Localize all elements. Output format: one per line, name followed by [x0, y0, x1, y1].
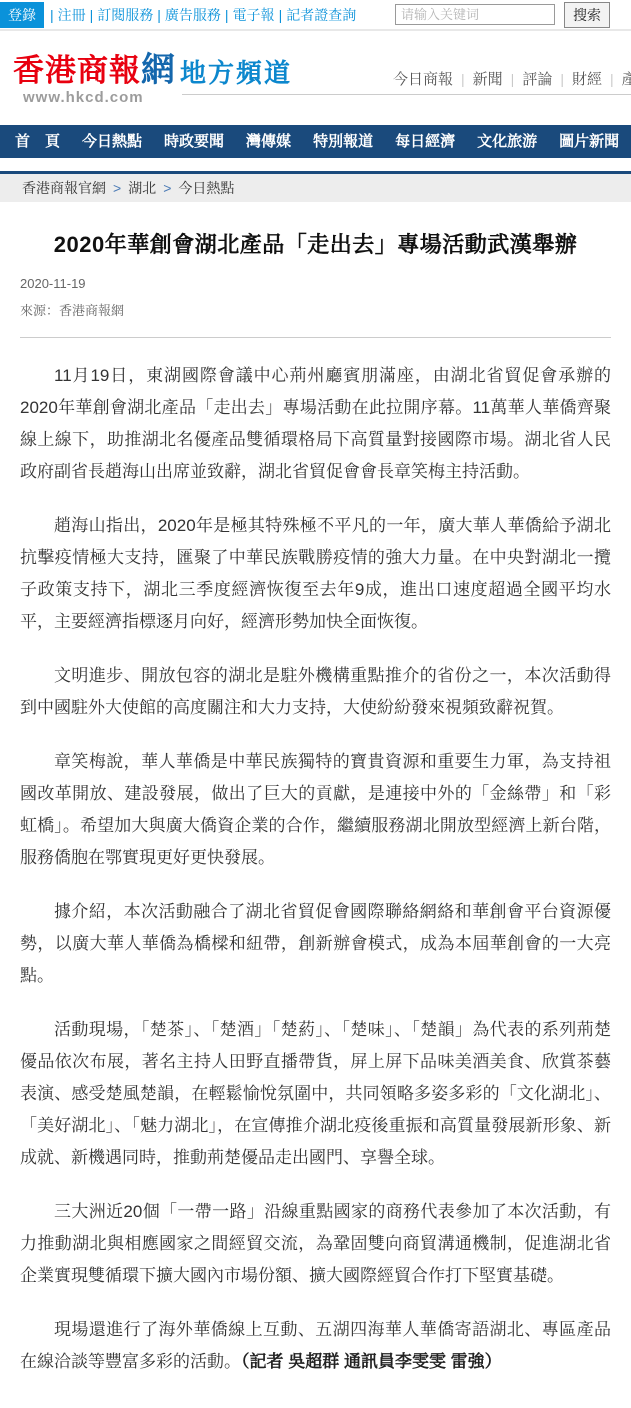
header-menu-item[interactable]: 財經	[572, 71, 602, 88]
link-separator: |	[225, 7, 229, 23]
header-menu-item[interactable]: 評論	[522, 71, 552, 88]
header-menu-item[interactable]: 產	[622, 71, 631, 88]
topbar: 登錄|注冊|訂閱服務|廣告服務|電子報|記者證查詢 搜索	[0, 0, 631, 31]
search-input[interactable]	[395, 4, 555, 25]
search-button[interactable]: 搜索	[564, 2, 610, 28]
paragraph-text: 11月19日，東湖國際會議中心荊州廳賓朋滿座，由湖北省貿促會承辦的2020年華創…	[20, 366, 611, 481]
menu-separator: |	[560, 71, 564, 87]
search-area: 搜索	[395, 2, 610, 28]
nav-item[interactable]: 首 頁	[4, 125, 71, 158]
topbar-link[interactable]: 記者證查詢	[286, 7, 356, 23]
paragraph-text: 章笑梅說，華人華僑是中華民族獨特的寶貴資源和重要生力軍，為支持祖國改革開放、建設…	[20, 752, 611, 867]
site-header: 香港商報網 www.hkcd.com 地方頻道 |今日商報|新聞|評論|財經|產	[0, 31, 631, 125]
divider	[20, 337, 611, 338]
channel-title: 地方頻道	[180, 53, 292, 90]
link-separator: |	[279, 7, 283, 23]
channel-underline	[182, 94, 631, 95]
article-title: 2020年華創會湖北產品「走出去」專場活動武漢舉辦	[20, 228, 611, 259]
paragraph-text: 趙海山指出，2020年是極其特殊極不平凡的一年，廣大華人華僑給予湖北抗擊疫情極大…	[20, 516, 611, 631]
article-source: 來源：香港商報網	[20, 300, 611, 319]
paragraph: 章笑梅說，華人華僑是中華民族獨特的寶貴資源和重要生力軍，為支持祖國改革開放、建設…	[20, 746, 611, 874]
nav-item[interactable]: 今日熱點	[71, 125, 153, 158]
link-separator: |	[50, 7, 54, 23]
nav-item[interactable]: 特別報道	[302, 125, 384, 158]
breadcrumb-separator: >	[113, 180, 121, 196]
paragraph: 11月19日，東湖國際會議中心荊州廳賓朋滿座，由湖北省貿促會承辦的2020年華創…	[20, 360, 611, 488]
nav-item[interactable]: 每日經濟	[384, 125, 466, 158]
topbar-links: 登錄|注冊|訂閱服務|廣告服務|電子報|記者證查詢	[0, 2, 356, 28]
paragraph-text: 活動現場，「楚茶」、「楚酒」「楚葯」、「楚味」、「楚韻」為代表的系列荊楚優品依次…	[20, 1020, 611, 1167]
login-button[interactable]: 登錄	[0, 2, 44, 28]
site-url: www.hkcd.com	[13, 89, 175, 106]
link-separator: |	[90, 7, 94, 23]
paragraph: 文明進步、開放包容的湖北是駐外機構重點推介的省份之一，本次活動得到中國駐外大使館…	[20, 660, 611, 724]
paragraph: 三大洲近20個「一帶一路」沿線重點國家的商務代表參加了本次活動，有力推動湖北與相…	[20, 1196, 611, 1292]
nav-item[interactable]: 灣傳媒	[235, 125, 302, 158]
page: 登錄|注冊|訂閱服務|廣告服務|電子報|記者證查詢 搜索 香港商報網 www.h…	[0, 0, 631, 1408]
nav-item[interactable]: 時政要聞	[153, 125, 235, 158]
header-menu-item[interactable]: 新聞	[473, 71, 503, 88]
header-menu: |今日商報|新聞|評論|財經|產	[393, 68, 631, 89]
nav-item[interactable]: 文化旅游	[466, 125, 548, 158]
topbar-link[interactable]: 廣告服務	[165, 7, 221, 23]
topbar-link-list: |注冊|訂閱服務|廣告服務|電子報|記者證查詢	[46, 7, 356, 24]
logo-text: 香港商報網	[13, 68, 175, 85]
article-date: 2020-11-19	[20, 276, 611, 291]
menu-separator: |	[511, 71, 515, 87]
paragraph-text: 三大洲近20個「一帶一路」沿線重點國家的商務代表參加了本次活動，有力推動湖北與相…	[20, 1202, 611, 1285]
breadcrumb-link[interactable]: 今日熱點	[178, 180, 234, 196]
header-menu-item[interactable]: 今日商報	[393, 71, 453, 88]
nav-item[interactable]: 圖片新聞	[548, 125, 630, 158]
logo-suffix-text: 網	[141, 51, 175, 89]
main-nav: 首 頁今日熱點時政要聞灣傳媒特別報道每日經濟文化旅游圖片新聞	[0, 125, 631, 158]
breadcrumb-separator: >	[163, 180, 171, 196]
paragraph-text: 文明進步、開放包容的湖北是駐外機構重點推介的省份之一，本次活動得到中國駐外大使館…	[20, 666, 611, 717]
breadcrumb-link[interactable]: 湖北	[128, 180, 156, 196]
article-body: 11月19日，東湖國際會議中心荊州廳賓朋滿座，由湖北省貿促會承辦的2020年華創…	[20, 360, 611, 1378]
paragraph: 現場還進行了海外華僑線上互動、五湖四海華人華僑寄語湖北、專區產品在線洽談等豐富多…	[20, 1314, 611, 1378]
topbar-link[interactable]: 電子報	[233, 7, 275, 23]
paragraph-text: 據介紹，本次活動融合了湖北省貿促會國際聯絡網絡和華創會平台資源優勢，以廣大華人華…	[20, 902, 611, 985]
menu-separator: |	[610, 71, 614, 87]
breadcrumb-link[interactable]: 香港商報官網	[22, 180, 106, 196]
paragraph: 活動現場，「楚茶」、「楚酒」「楚葯」、「楚味」、「楚韻」為代表的系列荊楚優品依次…	[20, 1014, 611, 1174]
spacer	[0, 158, 631, 171]
site-logo[interactable]: 香港商報網 www.hkcd.com	[13, 42, 175, 106]
source-label: 來源：	[20, 303, 59, 318]
paragraph: 趙海山指出，2020年是極其特殊極不平凡的一年，廣大華人華僑給予湖北抗擊疫情極大…	[20, 510, 611, 638]
logo-main-text: 香港商報	[13, 53, 141, 88]
article: 2020年華創會湖北產品「走出去」專場活動武漢舉辦 2020-11-19 來源：…	[0, 228, 631, 1408]
link-separator: |	[157, 7, 161, 23]
topbar-link[interactable]: 訂閱服務	[97, 7, 153, 23]
byline: （記者 吳超群 通訊員李雯雯 雷強）	[241, 1352, 502, 1371]
source-link[interactable]: 香港商報網	[59, 303, 124, 318]
paragraph: 據介紹，本次活動融合了湖北省貿促會國際聯絡網絡和華創會平台資源優勢，以廣大華人華…	[20, 896, 611, 992]
menu-separator: |	[461, 71, 465, 87]
breadcrumb: >香港商報官網>湖北>今日熱點	[0, 171, 631, 202]
topbar-link[interactable]: 注冊	[58, 7, 86, 23]
